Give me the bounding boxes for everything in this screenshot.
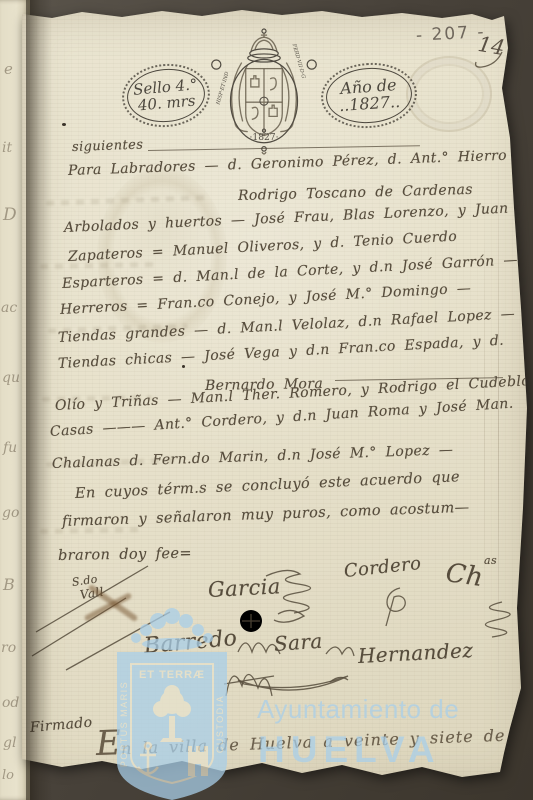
signature-flourish-lines (30, 560, 190, 680)
folio-number-pencil: - 207 - (416, 22, 486, 46)
show-through (46, 195, 206, 206)
signature-rubric (322, 638, 358, 664)
manuscript-heading: siguientes (72, 138, 144, 155)
page-fragment: D (3, 205, 17, 225)
signature-rubric (258, 564, 320, 630)
stamp-sello-oval: Sello 4.° 40. mrs (125, 66, 207, 126)
manuscript-page: - 207 - 14 Sello 4.° 40. mrs (22, 8, 533, 792)
manuscript-line: Chalanas d. Fern.do Marin, d.n José M.° … (52, 442, 454, 472)
signature-rubric (472, 598, 512, 638)
folio-ink-flourish (472, 48, 506, 70)
archive-photo: { "colors":{ "backdrop":"#48423a","paper… (0, 0, 533, 800)
svg-text:·1827·: ·1827· (249, 133, 278, 143)
signature-hernandez: Hernandez (357, 638, 473, 668)
page-fragment: B (3, 575, 15, 594)
signature-sara: Sara (273, 629, 323, 656)
manuscript-line: En cuyos térm.s se concluyó este acuerdo… (75, 469, 461, 502)
page-fragment: od (2, 695, 19, 711)
signature-rubric (378, 584, 410, 628)
stamp-sello-class: Sello 4.° (133, 77, 198, 98)
stamp-year-value: ..1827.. (339, 93, 401, 114)
page-fragment: ac (1, 300, 17, 316)
manuscript-line: Arbolados y huertos — José Frau, Blas Lo… (64, 198, 533, 236)
manuscript-line: Rodrigo Toscano de Cardenas (238, 182, 473, 204)
marginal-note: Firmado (29, 715, 93, 736)
page-fragment: go (2, 505, 19, 521)
svg-text:HISP·ET·IND: HISP·ET·IND (215, 71, 230, 106)
stamp-sello-value: 40. mrs (137, 93, 196, 114)
signature-boat-flourish (234, 668, 354, 700)
stamp-year-oval: Año de ..1827.. (324, 65, 414, 126)
page-fragment: qu (2, 370, 20, 386)
signature-chas-superscript: as (484, 554, 497, 567)
page-fragment: fu (3, 440, 17, 456)
signature-cordero: Cordero (343, 553, 422, 582)
manuscript-line: firmaron y señalaron muy puros, como aco… (62, 500, 470, 530)
page-fragment: it (2, 140, 12, 156)
page-fragment: ro (1, 640, 16, 656)
royal-arms-stamp: HISP·ET·IND FERD·VII·D·G ·1827· (208, 26, 320, 158)
page-fragment: gl (3, 735, 16, 751)
manuscript-page-wrap: - 207 - 14 Sello 4.° 40. mrs (22, 8, 533, 792)
ink-speck (62, 123, 66, 126)
opening-line: En la villa de Huelva a veinte y siete d… (95, 710, 506, 764)
signature-chas: Ch (444, 558, 485, 593)
page-fragment: e (4, 60, 13, 78)
svg-text:FERD·VII·D·G: FERD·VII·D·G (290, 42, 306, 79)
page-fragment: lo (2, 768, 14, 783)
stamp-year-label: Año de (340, 77, 397, 98)
